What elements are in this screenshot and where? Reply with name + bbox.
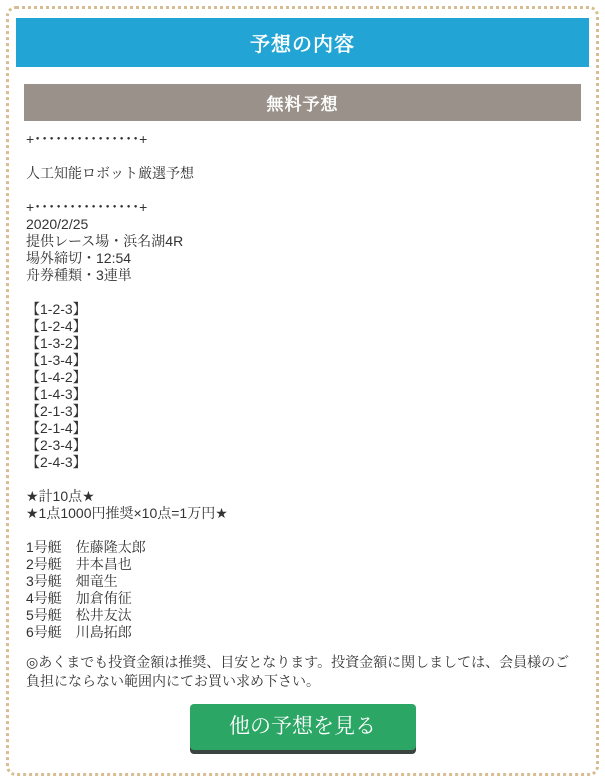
text-line: 3号艇 畑竜生 xyxy=(26,573,579,590)
page-title-bar: 予想の内容 xyxy=(16,18,589,67)
text-line: 提供レース場・浜名湖4R xyxy=(26,233,579,250)
text-line: 5号艇 松井友汰 xyxy=(26,607,579,624)
prediction-body: +･･･････････････+ 人工知能ロボット厳選予想 +････････… xyxy=(26,131,579,641)
text-line: 【1-2-4】 xyxy=(26,318,579,335)
text-line: 【1-2-3】 xyxy=(26,301,579,318)
text-line: 2号艇 井本昌也 xyxy=(26,556,579,573)
free-prediction-header: 無料予想 xyxy=(24,84,581,121)
text-line: ★計10点★ xyxy=(26,488,579,505)
free-prediction-title: 無料予想 xyxy=(267,90,339,115)
view-other-predictions-button[interactable]: 他の予想を見る xyxy=(190,704,416,750)
text-line: 【1-3-4】 xyxy=(26,352,579,369)
text-line: 【2-3-4】 xyxy=(26,437,579,454)
text-line: 【2-1-4】 xyxy=(26,420,579,437)
text-line: +･･･････････････+ xyxy=(26,131,579,148)
text-line xyxy=(26,471,579,488)
text-line: 場外締切・12:54 xyxy=(26,250,579,267)
text-line: 6号艇 川島拓郎 xyxy=(26,624,579,641)
text-line: 【1-3-2】 xyxy=(26,335,579,352)
text-line: 【1-4-2】 xyxy=(26,369,579,386)
text-line: +･･･････････････+ xyxy=(26,199,579,216)
disclaimer-note: ◎あくまでも投資金額は推奨、目安となります。投資金額に関しましては、会員様のご負… xyxy=(26,653,579,691)
text-line: ★1点1000円推奨×10点=1万円★ xyxy=(26,505,579,522)
text-line: 人工知能ロボット厳選予想 xyxy=(26,165,579,182)
text-line xyxy=(26,522,579,539)
text-line xyxy=(26,182,579,199)
text-line: 【2-1-3】 xyxy=(26,403,579,420)
text-line: 舟券種類・3連単 xyxy=(26,267,579,284)
text-line: 2020/2/25 xyxy=(26,216,579,233)
page-title: 予想の内容 xyxy=(250,28,355,57)
page: 予想の内容 無料予想 +･･･････････････+ 人工知能ロボット厳選予… xyxy=(0,0,605,782)
text-line: 【2-4-3】 xyxy=(26,454,579,471)
text-line xyxy=(26,284,579,301)
text-line: 【1-4-3】 xyxy=(26,386,579,403)
text-line: 4号艇 加倉侑征 xyxy=(26,590,579,607)
text-line xyxy=(26,148,579,165)
text-line: 1号艇 佐藤隆太郎 xyxy=(26,539,579,556)
cta-container: 他の予想を見る xyxy=(16,704,589,750)
page-frame: 予想の内容 無料予想 +･･･････････････+ 人工知能ロボット厳選予… xyxy=(6,6,599,776)
